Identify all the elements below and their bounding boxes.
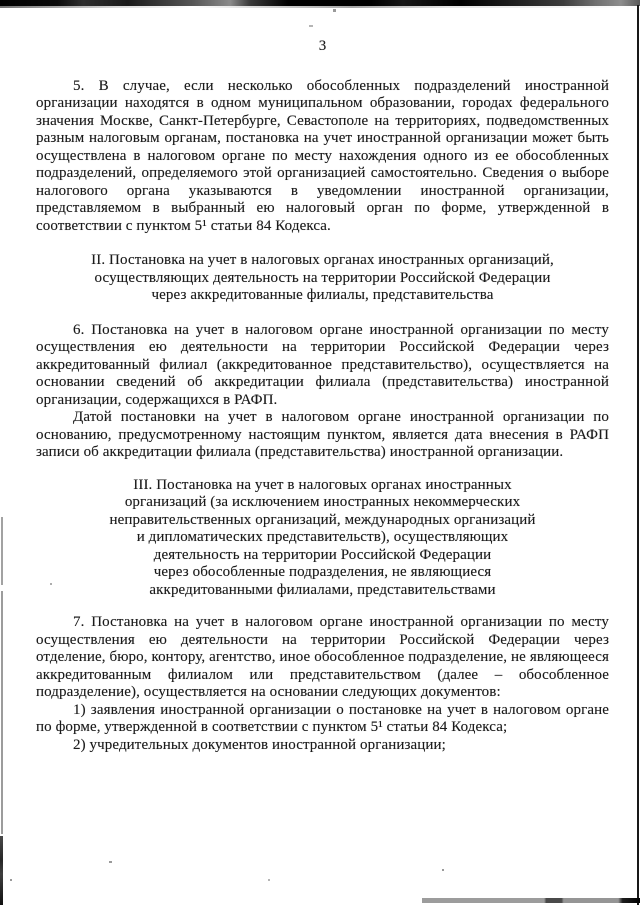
document-page: 3 5. В случае, если несколько обособленн…: [0, 0, 640, 905]
document-text-block: 3 5. В случае, если несколько обособленн…: [36, 38, 609, 754]
scan-speck: [442, 869, 444, 871]
paragraph-6: 6. Постановка на учет в налоговом органе…: [36, 322, 609, 410]
list-item-1: 1) заявления иностранной организации о п…: [36, 702, 609, 737]
scan-speck: [109, 861, 112, 863]
scan-artifact-left-edge: [1, 591, 3, 834]
scan-speck: [10, 879, 12, 881]
scan-speck: [309, 25, 313, 27]
section-heading-iii: III. Постановка на учет в налоговых орга…: [36, 477, 609, 600]
scan-speck: [268, 879, 270, 881]
scan-artifact-left-edge: [0, 836, 3, 905]
section-heading-ii: II. Постановка на учет в налоговых орган…: [36, 252, 609, 305]
scan-artifact-top-bar-tail: [0, 6, 640, 8]
list-item-2: 2) учредительных документов иностранной …: [36, 737, 609, 755]
scan-artifact-right-edge: [637, 5, 639, 905]
page-number: 3: [36, 38, 609, 56]
paragraph-6-date: Датой постановки на учет в налоговом орг…: [36, 409, 609, 462]
scan-speck: [333, 9, 336, 12]
paragraph-7: 7. Постановка на учет в налоговом органе…: [36, 614, 609, 702]
scan-artifact-bottom-bar: [422, 898, 640, 903]
paragraph-5: 5. В случае, если несколько обособленных…: [36, 78, 609, 236]
scan-artifact-left-edge: [1, 517, 3, 585]
